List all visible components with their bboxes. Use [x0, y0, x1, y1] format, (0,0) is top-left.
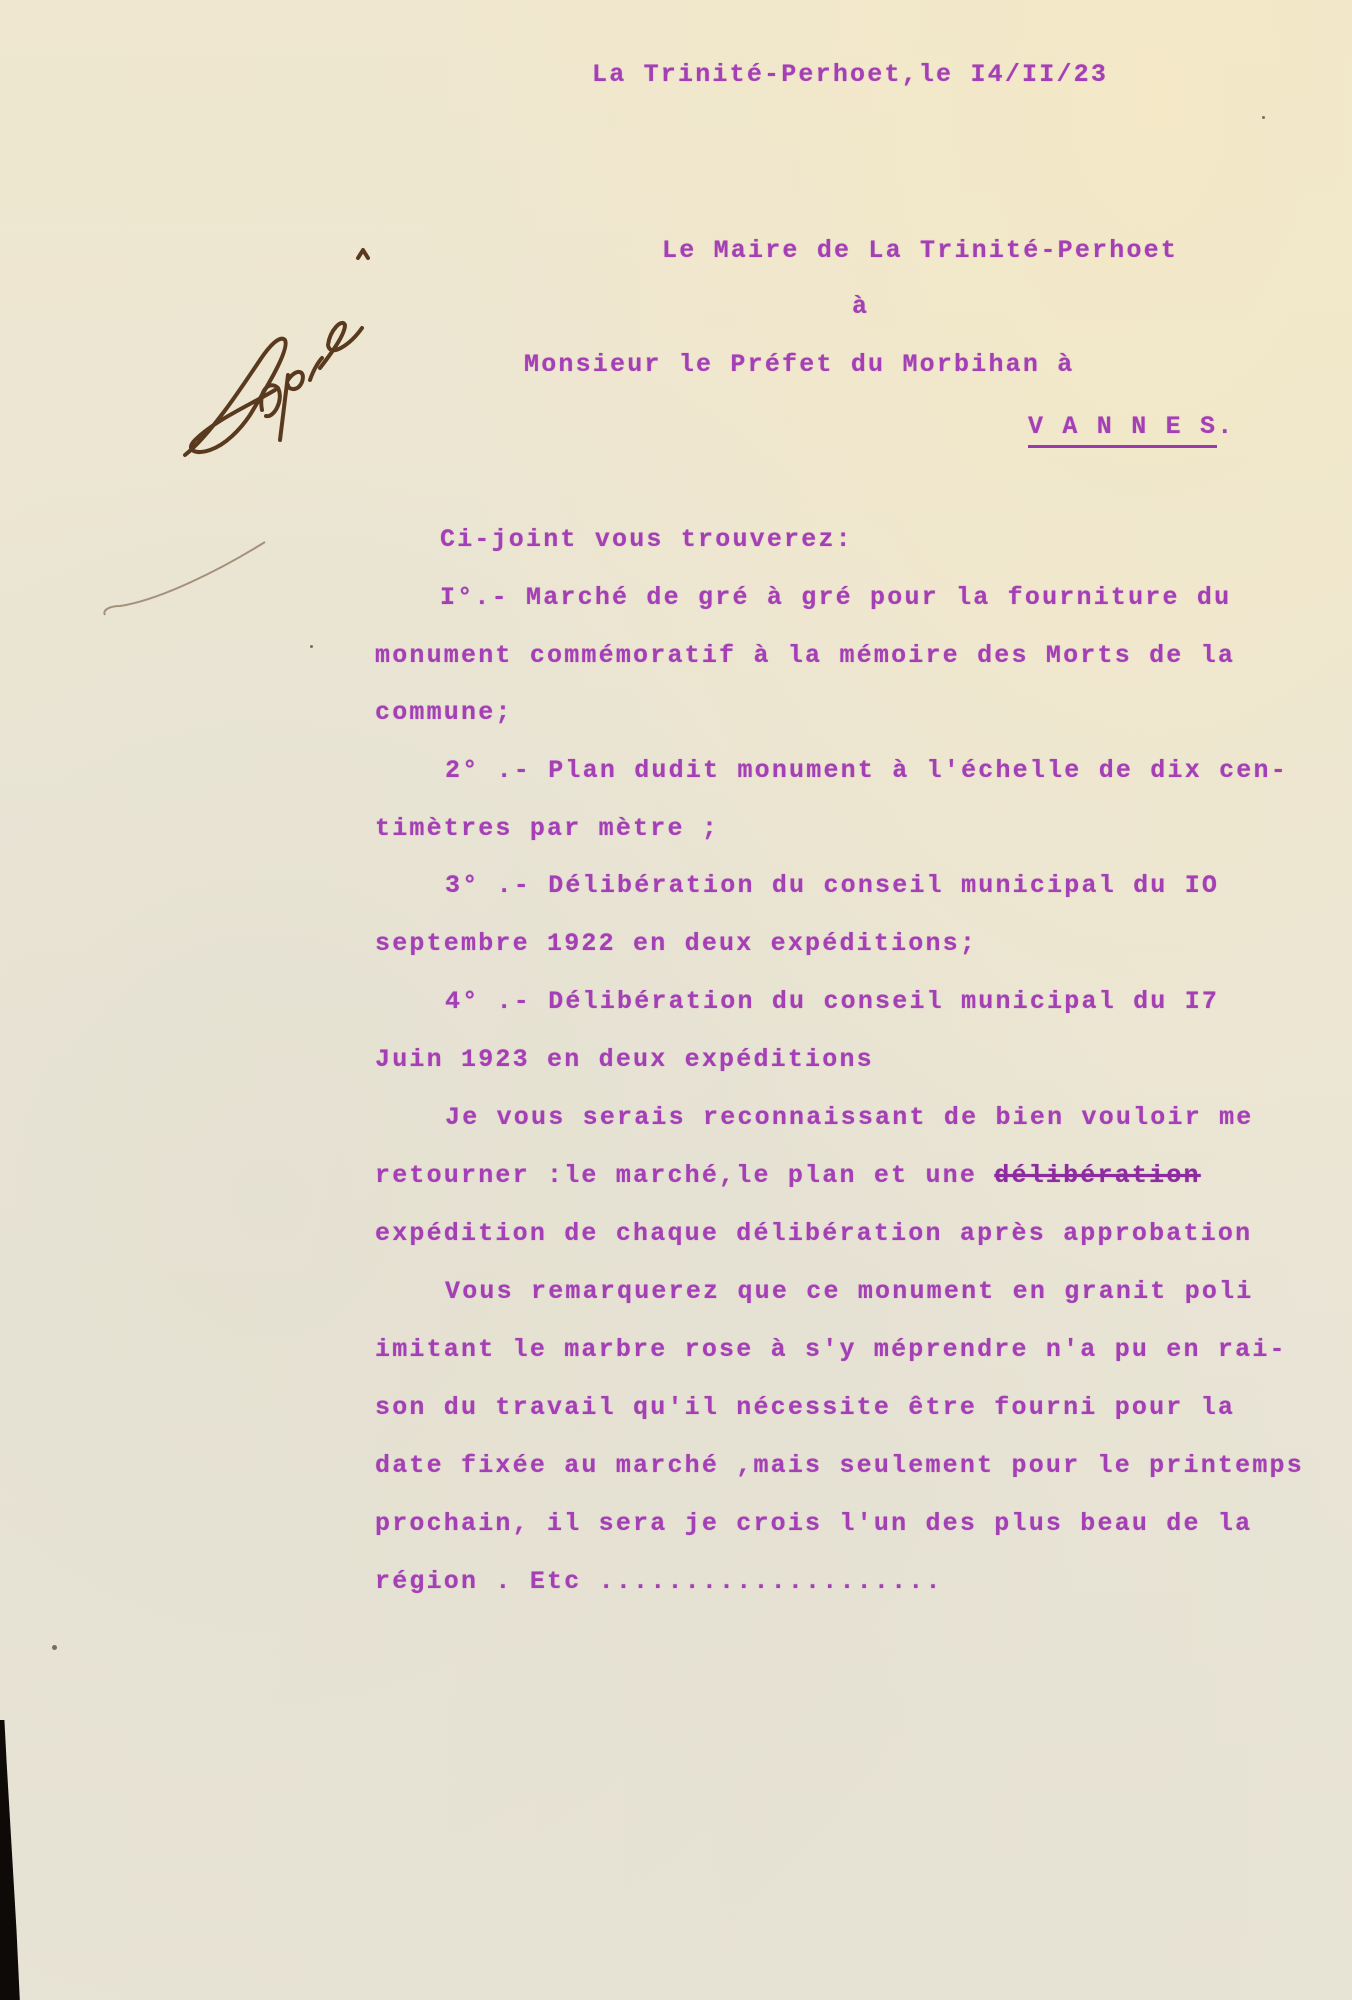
body-line: Vous remarquerez que ce monument en gran… [445, 1279, 1254, 1304]
struck-word: délibération [994, 1161, 1200, 1190]
body-line: Je vous serais reconnaissant de bien vou… [445, 1105, 1254, 1130]
body-line: Juin 1923 en deux expéditions [375, 1047, 874, 1072]
body-line: monument commémoratif à la mémoire des M… [375, 643, 1235, 668]
body-line: septembre 1922 en deux expéditions; [375, 931, 977, 956]
sender-line: Le Maire de La Trinité-Perhoet [662, 238, 1178, 263]
body-line: Ci-joint vous trouverez: [440, 527, 853, 552]
body-line: prochain, il sera je crois l'un des plus… [375, 1511, 1252, 1536]
body-line: 2° .- Plan dudit monument à l'échelle de… [445, 758, 1288, 783]
body-line: imitant le marbre rose à s'y méprendre n… [375, 1337, 1287, 1362]
body-line: timètres par mètre ; [375, 816, 719, 841]
body-line: expédition de chaque délibération après … [375, 1221, 1252, 1246]
city-period: . [1217, 412, 1234, 441]
margin-pen-stroke [100, 540, 270, 620]
body-line: commune; [375, 700, 513, 725]
body-line: région . Etc .................... [375, 1569, 943, 1594]
body-line: son du travail qu'il nécessite être four… [375, 1395, 1235, 1420]
body-line-text: retourner :le marché,le plan et une [375, 1161, 977, 1190]
body-line: 3° .- Délibération du conseil municipal … [445, 873, 1219, 898]
paper-speck [1262, 116, 1265, 119]
city-line: V A N N E S. [1028, 414, 1234, 439]
paper-speck [310, 645, 313, 648]
city-name: V A N N E S [1028, 412, 1217, 448]
handwriting-copie-icon [170, 240, 400, 480]
body-line: 4° .- Délibération du conseil municipal … [445, 989, 1219, 1014]
body-line: retourner :le marché,le plan et une déli… [375, 1163, 1201, 1188]
body-line: I°.- Marché de gré à gré pour la fournit… [440, 585, 1231, 610]
recipient-line: Monsieur le Préfet du Morbihan à [524, 352, 1074, 377]
dateline: La Trinité-Perhoet,le I4/II/23 [592, 62, 1108, 87]
handwritten-annotation: Copie [170, 240, 400, 480]
paper-speck [52, 1645, 57, 1650]
body-line: date fixée au marché ,mais seulement pou… [375, 1453, 1304, 1478]
to-word: à [852, 294, 869, 319]
